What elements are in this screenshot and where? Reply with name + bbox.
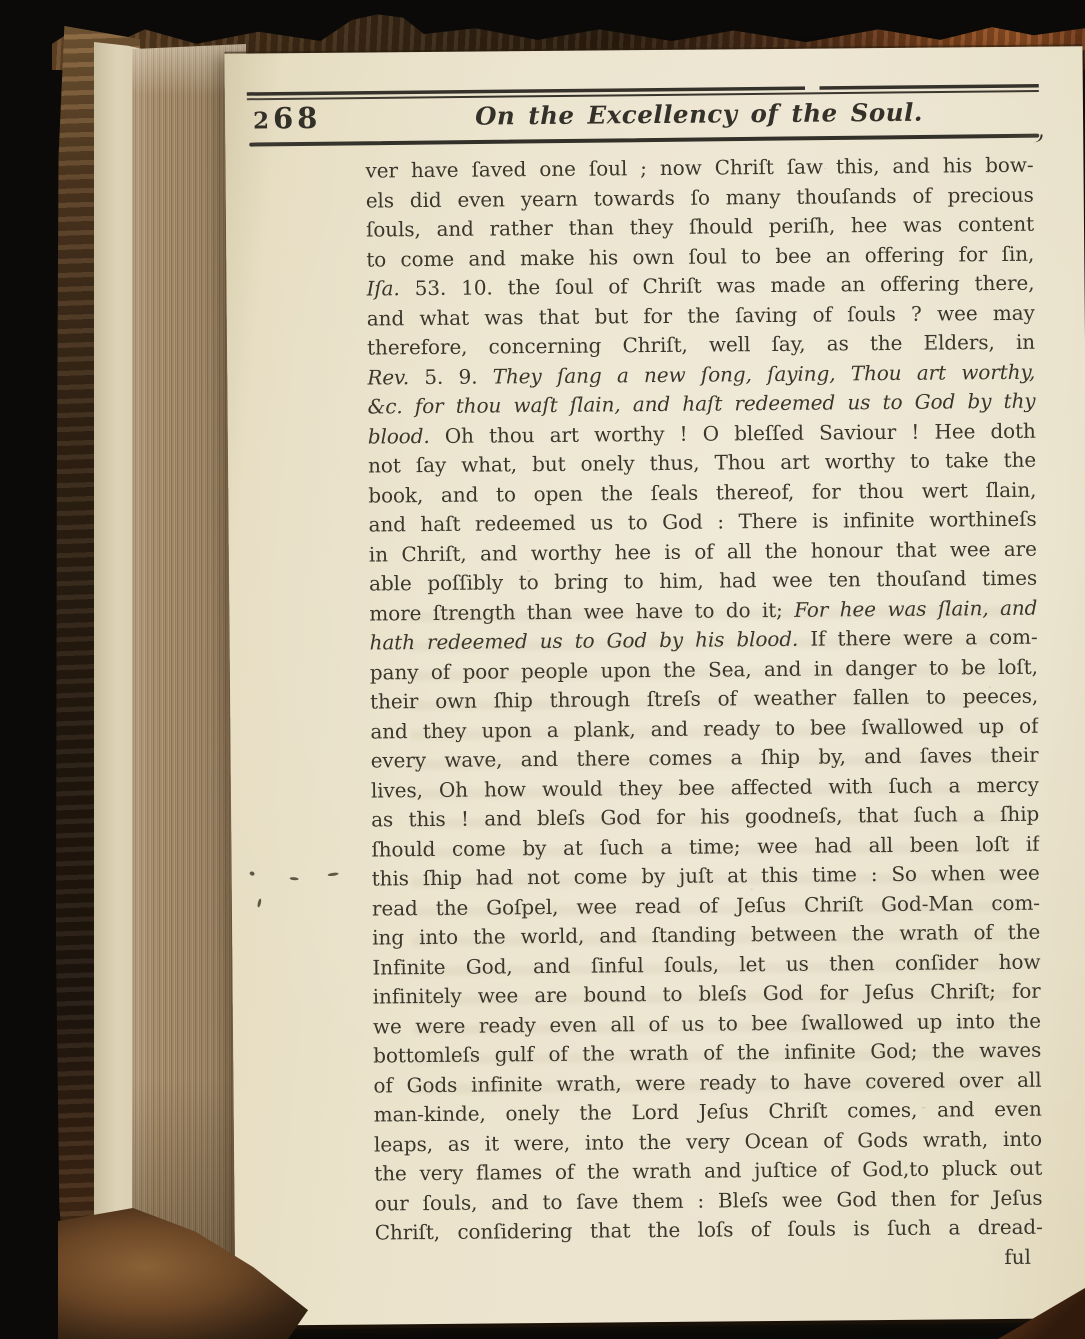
text-segment: Chriſt, conſidering that the loſs of ſou… bbox=[375, 1215, 1043, 1245]
text-block: ver have ſaved one ſoul ; now Chriſt ſaw… bbox=[365, 151, 1042, 1248]
text-segment: every wave, and there comes a ſhip by, a… bbox=[371, 743, 1039, 773]
text-segment: book, and to open the ſeals thereof, for… bbox=[368, 477, 1036, 507]
text-segment: leaps, as it were, into the very Ocean o… bbox=[374, 1126, 1042, 1156]
text-segment: hath redeemed us to God by his blood. bbox=[370, 627, 799, 655]
text-segment: as this ! and bleſs God for his goodneſs… bbox=[371, 802, 1039, 832]
text-segment: to come and make his own ſoul to bee an … bbox=[366, 241, 1034, 271]
text-segment: infinitely wee are bound to bleſs God fo… bbox=[373, 979, 1041, 1009]
text-segment: &c. for thou waſt ſlain, and haſt redeem… bbox=[367, 389, 1035, 419]
catchword: ful bbox=[375, 1243, 1031, 1278]
text-segment: They ſang a new ſong, ſaying, Thou art w… bbox=[493, 359, 1036, 388]
text-segment: bottomleſs gulf of the wrath of the infi… bbox=[373, 1038, 1041, 1068]
text-segment: more ſtrength than wee have to do it; bbox=[369, 597, 794, 625]
text-segment: 53. 10. the ſoul of Chriſt was made an o… bbox=[400, 271, 1035, 301]
text-segment: in Chriſt, and worthy hee is of all the … bbox=[369, 536, 1037, 566]
text-segment: 5. 9. bbox=[409, 364, 493, 389]
text-segment: their own ſhip through ſtreſs of weather… bbox=[370, 684, 1038, 714]
text-segment: pany of poor people upon the Sea, and in… bbox=[370, 654, 1038, 684]
text-segment: able poſſibly to bring to him, had wee t… bbox=[369, 566, 1037, 596]
book-page: 268 On the Excellency of the Soul. ver h… bbox=[224, 46, 1085, 1325]
text-segment: and they upon a plank, and ready to bee … bbox=[370, 713, 1038, 743]
text-segment: and haſt redeemed us to God : There is i… bbox=[368, 507, 1036, 537]
ink-speck bbox=[290, 877, 299, 881]
text-segment: and what was that but for the ſaving of … bbox=[367, 300, 1035, 330]
text-segment: ing into the world, and ſtanding between… bbox=[372, 920, 1040, 950]
text-segment: we were ready even all of us to bee ſwal… bbox=[373, 1008, 1041, 1038]
text-segment: els did even yearn towards ſo many thouſ… bbox=[366, 182, 1034, 212]
text-segment: our ſouls, and to ſave them : Bleſs wee … bbox=[374, 1185, 1042, 1215]
text-segment: For hee was ſlain, and bbox=[794, 595, 1037, 621]
text-segment: therefore, concerning Chriſt, well ſay, … bbox=[367, 330, 1035, 360]
text-segment: of Gods infinite wrath, were ready to ha… bbox=[373, 1067, 1041, 1097]
text-segment: lives, Oh how would they bee affected wi… bbox=[371, 772, 1039, 802]
text-segment: the very flames of the wrath and juſtice… bbox=[374, 1156, 1042, 1186]
text-segment: ſouls, and rather than they ſhould periſ… bbox=[366, 212, 1034, 242]
page-number: 268 bbox=[253, 101, 322, 136]
running-title: On the Excellency of the Soul. bbox=[365, 97, 1033, 132]
text-segment: man-kinde, onely the Lord Jeſus Chriſt c… bbox=[374, 1097, 1042, 1127]
header-rule-bottom bbox=[249, 134, 1039, 147]
ink-speck bbox=[257, 898, 262, 907]
text-segment: ver have ſaved one ſoul ; now Chriſt ſaw… bbox=[365, 153, 1033, 183]
text-segment: Oh thou art worthy ! O bleſſed Saviour !… bbox=[430, 418, 1036, 447]
text-segment: not ſay what, but onely thus, Thou art w… bbox=[368, 448, 1036, 478]
text-segment: ſhould come by at ſuch a time; wee had a… bbox=[371, 831, 1039, 861]
text-segment: blood. bbox=[368, 423, 430, 448]
text-segment: Infinite God, and ſinful ſouls, let us t… bbox=[372, 949, 1040, 979]
text-segment: this ſhip had not come by juſt at this t… bbox=[372, 861, 1040, 891]
ink-speck bbox=[249, 871, 255, 876]
photo-background: { "page": { "number": "268", "running_ti… bbox=[0, 0, 1085, 1339]
text-segment: read the Goſpel, wee read of Jeſus Chriſ… bbox=[372, 890, 1040, 920]
text-segment: If there were a com- bbox=[798, 625, 1038, 651]
text-segment: Rev. bbox=[367, 365, 409, 389]
ink-speck bbox=[327, 872, 338, 877]
text-segment: Iſa. bbox=[366, 276, 399, 300]
